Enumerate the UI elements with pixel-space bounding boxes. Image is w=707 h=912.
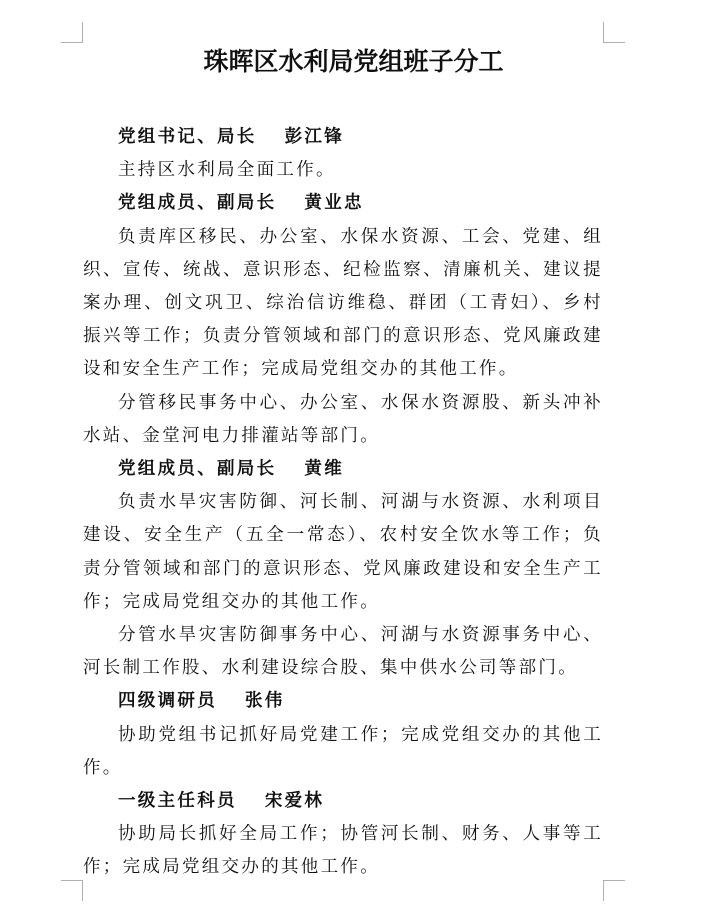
section-heading: 四级调研员张伟 [83,685,603,718]
duty-paragraph: 分管水旱灾害防御事务中心、河湖与水资源事务中心、河长制工作股、水利建设综合股、集… [83,619,603,685]
document-body: 党组书记、局长彭江锋 主持区水利局全面工作。 党组成员、副局长黄业忠 负责库区移… [83,121,603,885]
duty-paragraph: 协助党组书记抓好局党建工作；完成党组交办的其他工作。 [83,719,603,785]
document-title: 珠晖区水利局党组班子分工 [0,46,707,78]
person-name: 彭江锋 [285,127,344,147]
duty-paragraph: 负责库区移民、办公室、水保水资源、工会、党建、组织、宣传、统战、意识形态、纪检监… [83,221,603,387]
page-corner-mark-bottom-right [603,880,625,901]
page-corner-mark-top-left [61,22,83,43]
person-name: 黄维 [304,459,344,479]
person-name: 宋爱林 [265,791,324,811]
role-title: 四级调研员 [118,691,217,711]
role-title: 一级主任科员 [118,791,237,811]
duty-paragraph: 分管移民事务中心、办公室、水保水资源股、新头冲补水站、金堂河电力排灌站等部门。 [83,387,603,453]
duty-paragraph: 协助局长抓好全局工作；协管河长制、财务、人事等工作；完成局党组交办的其他工作。 [83,818,603,884]
section-heading: 党组成员、副局长黄业忠 [83,187,603,220]
section-heading: 党组成员、副局长黄维 [83,453,603,486]
role-title: 党组书记、局长 [118,127,257,147]
duty-paragraph: 主持区水利局全面工作。 [83,154,603,187]
page-corner-mark-top-right [603,22,625,43]
section-heading: 党组书记、局长彭江锋 [83,121,603,154]
role-title: 党组成员、副局长 [118,459,276,479]
section-heading: 一级主任科员宋爱林 [83,785,603,818]
role-title: 党组成员、副局长 [118,193,276,213]
person-name: 黄业忠 [304,193,363,213]
person-name: 张伟 [245,691,285,711]
duty-paragraph: 负责水旱灾害防御、河长制、河湖与水资源、水利项目建设、安全生产（五全一常态）、农… [83,486,603,619]
page-corner-mark-bottom-left [61,880,83,901]
